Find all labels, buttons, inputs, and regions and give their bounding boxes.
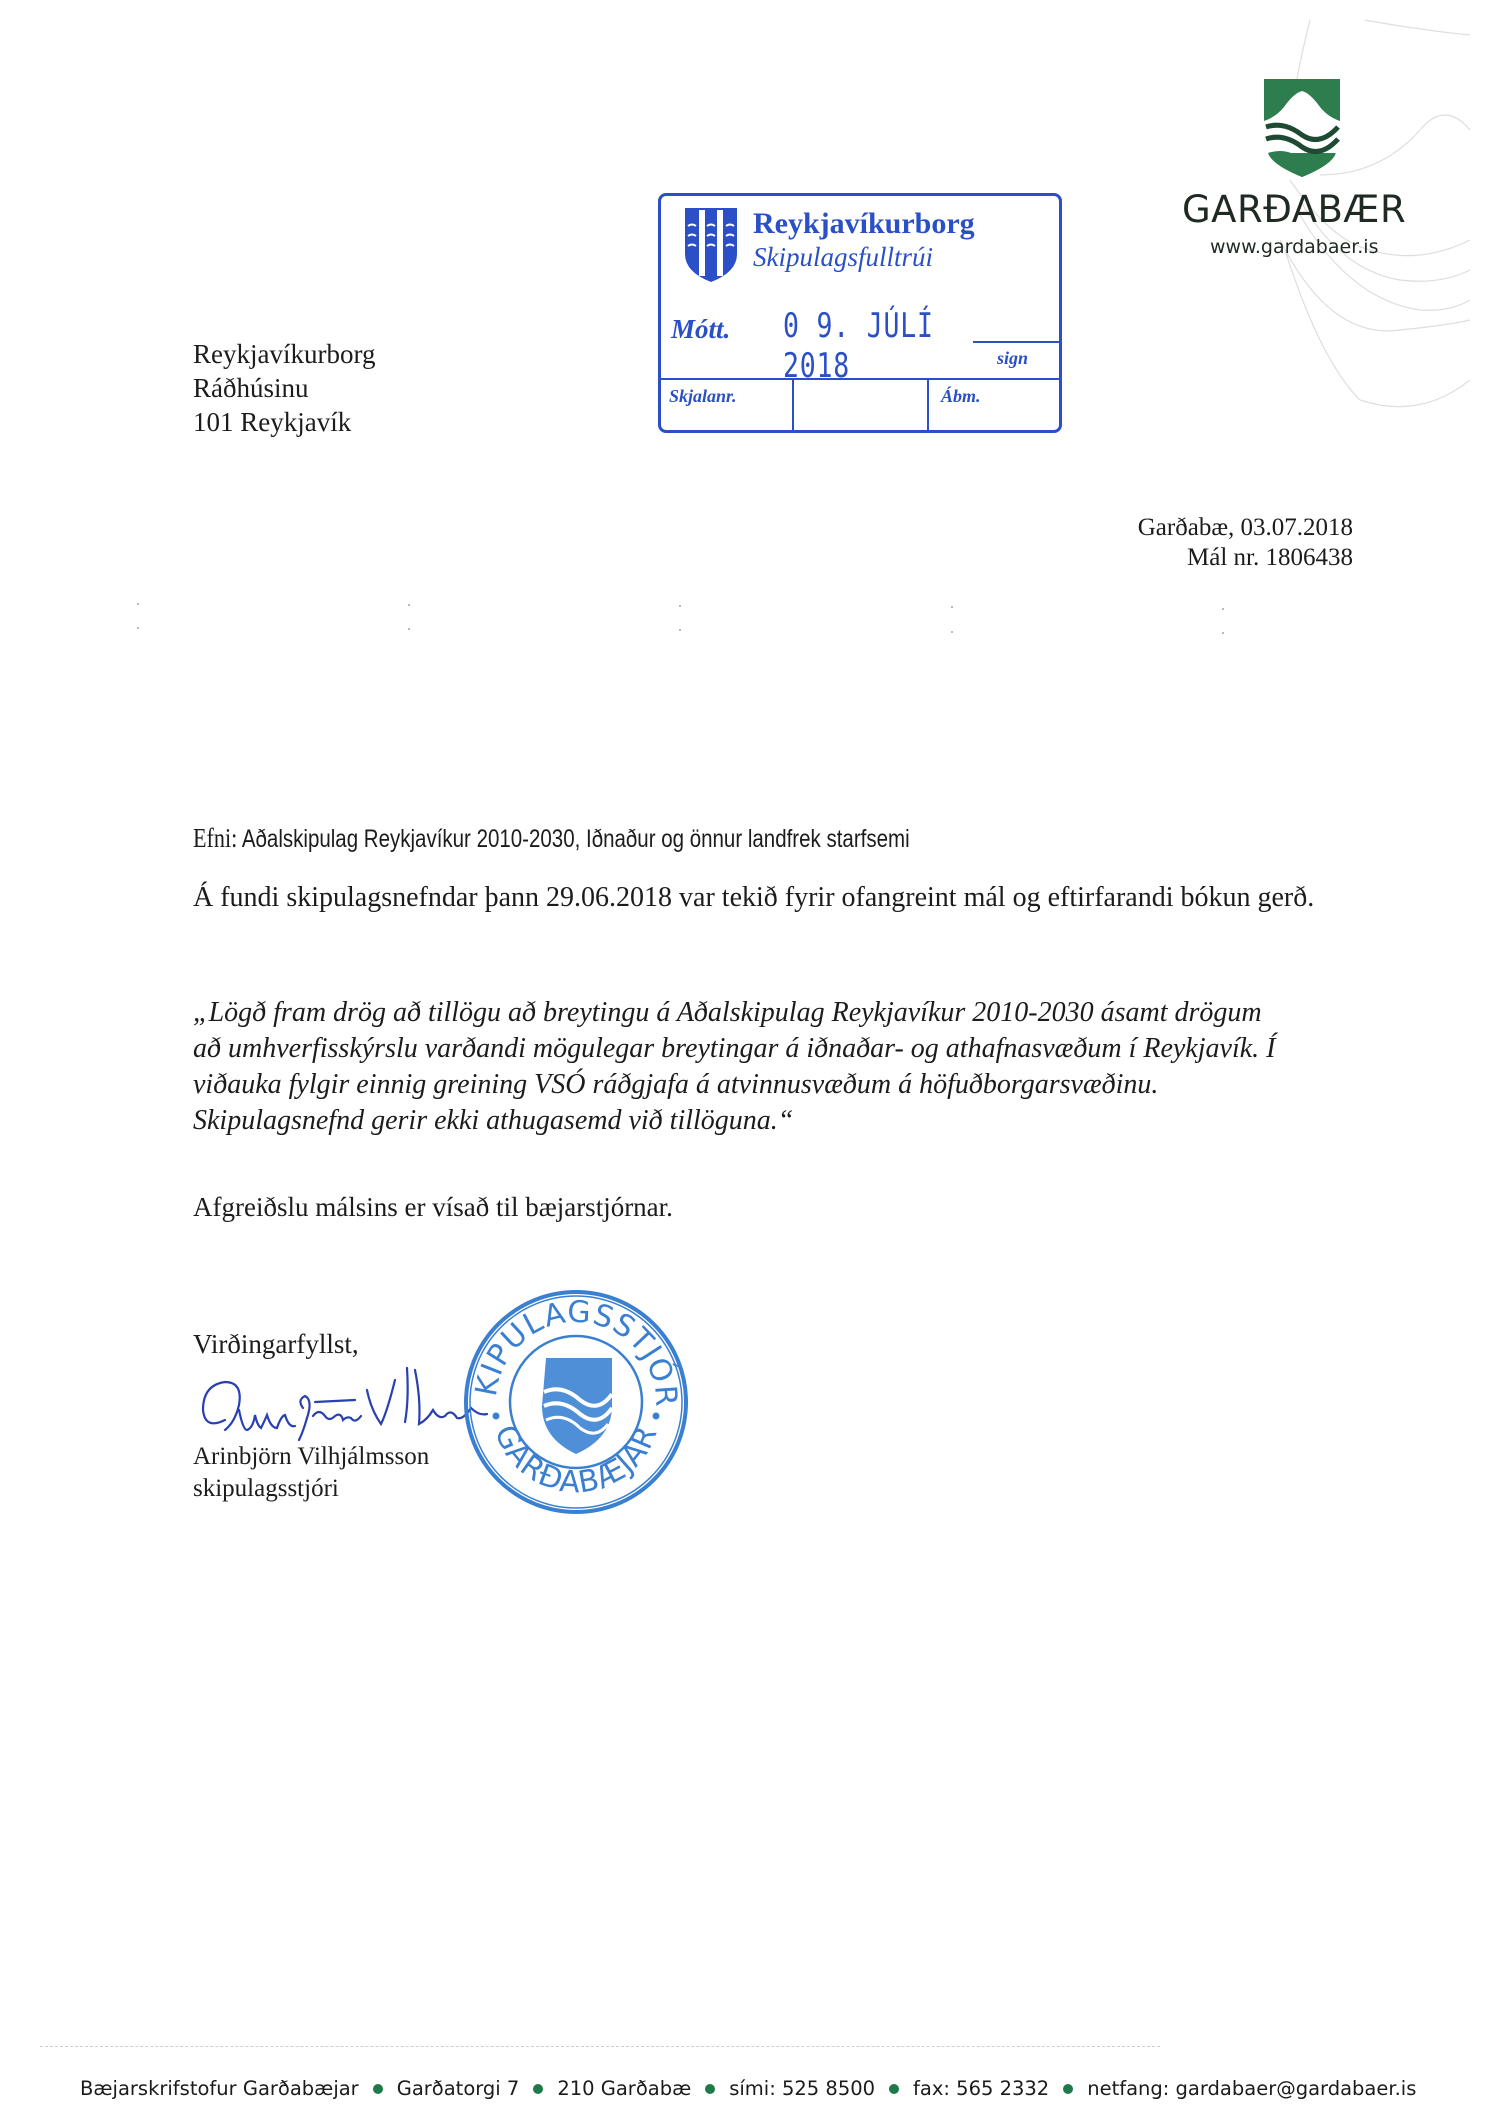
stamp-organization: Reykjavíkurborg	[753, 208, 975, 240]
place-date: Garðabæ, 03.07.2018	[1138, 513, 1353, 543]
subject-line: Efni: Aðalskipulag Reykjavíkur 2010-2030…	[193, 822, 910, 855]
quote-line: að umhverfisskýrslu varðandi mögulegar b…	[193, 1031, 1393, 1067]
scan-artifact	[679, 629, 681, 631]
body-paragraph: Afgreiðslu málsins er vísað til bæjarstj…	[193, 1190, 673, 1224]
recipient-address: Reykjavíkurborg Ráðhúsinu 101 Reykjavík	[193, 337, 375, 439]
stamp-department: Skipulagsfulltrúi	[753, 242, 933, 272]
quote-line: „Lögð fram drög að tillögu að breytingu …	[193, 995, 1393, 1031]
committee-minutes-quote: „Lögð fram drög að tillögu að breytingu …	[193, 995, 1393, 1139]
footer-divider	[40, 2046, 1160, 2047]
recipient-line: 101 Reykjavík	[193, 405, 375, 439]
bullet-dot-icon	[1063, 2084, 1073, 2094]
gardabaer-shield-icon	[1262, 77, 1342, 179]
footer-office: Bæjarskrifstofur Garðabæjar	[80, 2076, 359, 2102]
reykjavik-shield-icon	[683, 206, 739, 284]
case-number: Mál nr. 1806438	[1138, 543, 1353, 573]
dateline: Garðabæ, 03.07.2018 Mál nr. 1806438	[1138, 513, 1353, 573]
body-paragraph: Á fundi skipulagsnefndar þann 29.06.2018…	[193, 880, 1373, 916]
stamp-received-date: 0 9. JÚLÍ 2018	[783, 306, 998, 386]
stamp-received-label: Mótt.	[671, 314, 730, 345]
scan-artifact	[951, 631, 953, 633]
seal-shield-icon	[542, 1358, 612, 1454]
stamp-sign-line	[973, 341, 1059, 343]
scan-artifact	[137, 627, 139, 629]
footer-contact-bar: Bæjarskrifstofur Garðabæjar Garðatorgi 7…	[80, 2076, 1416, 2102]
quote-line: viðauka fylgir einnig greining VSÓ ráðgj…	[193, 1067, 1393, 1103]
recipient-line: Ráðhúsinu	[193, 371, 375, 405]
stamp-bottom-row: Skjalanr. Ábm.	[661, 378, 1059, 430]
bullet-dot-icon	[373, 2084, 383, 2094]
bullet-dot-icon	[533, 2084, 543, 2094]
footer-street: Garðatorgi 7	[397, 2076, 520, 2102]
scan-artifact	[1222, 608, 1224, 610]
recipient-line: Reykjavíkurborg	[193, 337, 375, 371]
subject-text: Aðalskipulag Reykjavíkur 2010-2030, Iðna…	[242, 825, 910, 853]
subject-label: Efni:	[193, 823, 237, 853]
closing: Virðingarfyllst,	[193, 1327, 359, 1361]
scan-artifact	[679, 605, 681, 607]
scan-artifact	[137, 603, 139, 605]
quote-line: Skipulagsnefnd gerir ekki athugasemd við…	[193, 1103, 1393, 1139]
stamp-responsible-label: Ábm.	[941, 386, 981, 407]
scan-artifact	[951, 606, 953, 608]
letterhead-url: www.gardabaer.is	[1210, 236, 1378, 258]
stamp-blank-cell	[794, 380, 929, 430]
stamp-sign-label: sign	[997, 348, 1028, 369]
stamp-document-no-label: Skjalanr.	[669, 386, 737, 407]
letterhead-name: GARÐABÆR	[1182, 190, 1406, 230]
signer-name: Arinbjörn Vilhjálmsson	[193, 1441, 429, 1473]
official-seal: SKIPULAGSSTJÓRI GARÐABÆJAR	[462, 1288, 690, 1516]
footer-phone: sími: 525 8500	[729, 2076, 875, 2102]
received-stamp: Reykjavíkurborg Skipulagsfulltrúi Mótt. …	[658, 193, 1062, 433]
bullet-dot-icon	[705, 2084, 715, 2094]
stamp-document-no-cell: Skjalanr.	[661, 380, 794, 430]
scan-artifact	[408, 628, 410, 630]
footer-email: netfang: gardabaer@gardabaer.is	[1087, 2076, 1416, 2102]
footer-postcode: 210 Garðabæ	[557, 2076, 691, 2102]
signer-title: skipulagsstjóri	[193, 1473, 429, 1505]
signer: Arinbjörn Vilhjálmsson skipulagsstjóri	[193, 1441, 429, 1505]
footer-fax: fax: 565 2332	[913, 2076, 1049, 2102]
bullet-dot-icon	[889, 2084, 899, 2094]
scan-artifact	[1222, 632, 1224, 634]
scan-artifact	[408, 604, 410, 606]
